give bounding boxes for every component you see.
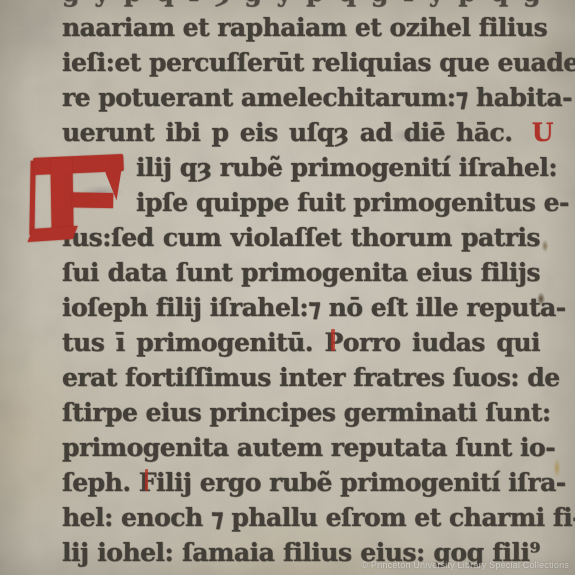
line-text: naariam et raphaiam et ozihel filius xyxy=(62,13,547,42)
text-line: ipſe quippe fuit primogenitus e- xyxy=(62,185,540,220)
text-line: ſui data ſunt primogenita eius filijs xyxy=(62,255,540,290)
text-line: ioſeph filij iſrahel:⁊ nō eſt ille reput… xyxy=(62,290,540,325)
line-text: primogenita autem reputata ſunt io- xyxy=(62,433,555,462)
text-line: ieſi:et percuſſerūt reliquias que euade- xyxy=(62,45,540,80)
line-text: ioſeph filij iſrahel:⁊ nō eſt ille reput… xyxy=(62,293,566,322)
text-line: re potuerant amelechitarum:⁊ habita- xyxy=(62,80,540,115)
rubricated-letter: F xyxy=(139,465,156,500)
text-line: uerunt ibi p eis uſqȝ ad diē hāc. U xyxy=(62,115,540,150)
rubric-versal-mark: U xyxy=(524,118,553,147)
text-line: ſtirpe eius principes germinati ſunt: xyxy=(62,395,540,430)
rubricated-letter: P xyxy=(324,325,342,360)
line-text: ſui data ſunt primogenita eius filijs xyxy=(62,258,540,287)
text-line: ius:ſed cum violaſſet thorum patris xyxy=(62,220,540,255)
line-text: orro iudas qui xyxy=(343,328,540,357)
line-text: tus ī primogenitū. xyxy=(62,328,324,357)
line-text: ius:ſed cum violaſſet thorum patris xyxy=(62,223,540,252)
text-block: g y p q ſ ȝ g y p q g ſ y p q g naariam … xyxy=(62,0,540,570)
line-text: uerunt ibi p eis uſqȝ ad diē hāc. xyxy=(62,118,524,147)
line-text: erat fortiſſimus inter fratres ſuos: de xyxy=(62,363,560,392)
text-line: naariam et raphaiam et ozihel filius xyxy=(62,10,540,45)
line-text: ilij ergo rubẽ primogenití iſra- xyxy=(156,468,566,497)
text-line: primogenita autem reputata ſunt io- xyxy=(62,430,540,465)
text-line: tus ī primogenitū. Porro iudas qui xyxy=(62,325,540,360)
line-text: ſtirpe eius principes germinati ſunt: xyxy=(62,398,551,427)
initial-stroke-arm xyxy=(72,192,113,208)
line-text: ieſi:et percuſſerūt reliquias que euade- xyxy=(62,48,575,77)
text-line: ilij qȝ rubẽ primogenití iſrahel: xyxy=(62,150,540,185)
line-text: ſeph. xyxy=(62,468,139,497)
line-text: ilij qȝ rubẽ primogenití iſrahel: xyxy=(136,153,557,182)
manuscript-page-photo: g y p q ſ ȝ g y p q g ſ y p q g naariam … xyxy=(0,0,575,575)
line-text: ipſe quippe fuit primogenitus e- xyxy=(136,188,569,217)
clipped-top-line: g y p q ſ ȝ g y p q g ſ y p q g xyxy=(62,0,540,10)
illuminated-initial-F: F xyxy=(27,145,131,245)
line-text: hel: enoch ⁊ phallu eſrom et charmi fi- xyxy=(62,503,575,532)
line-text: g y p q ſ ȝ g y p q g ſ y p q g xyxy=(62,0,540,10)
text-line: erat fortiſſimus inter fratres ſuos: de xyxy=(62,360,540,395)
initial-stroke-foot xyxy=(28,226,78,242)
line-text: re potuerant amelechitarum:⁊ habita- xyxy=(62,83,572,112)
watermark-credit: © Princeton University Library Special C… xyxy=(361,560,569,570)
text-line: hel: enoch ⁊ phallu eſrom et charmi fi- xyxy=(62,500,540,535)
text-line: ſeph. Filij ergo rubẽ primogenití iſra- xyxy=(62,465,540,500)
